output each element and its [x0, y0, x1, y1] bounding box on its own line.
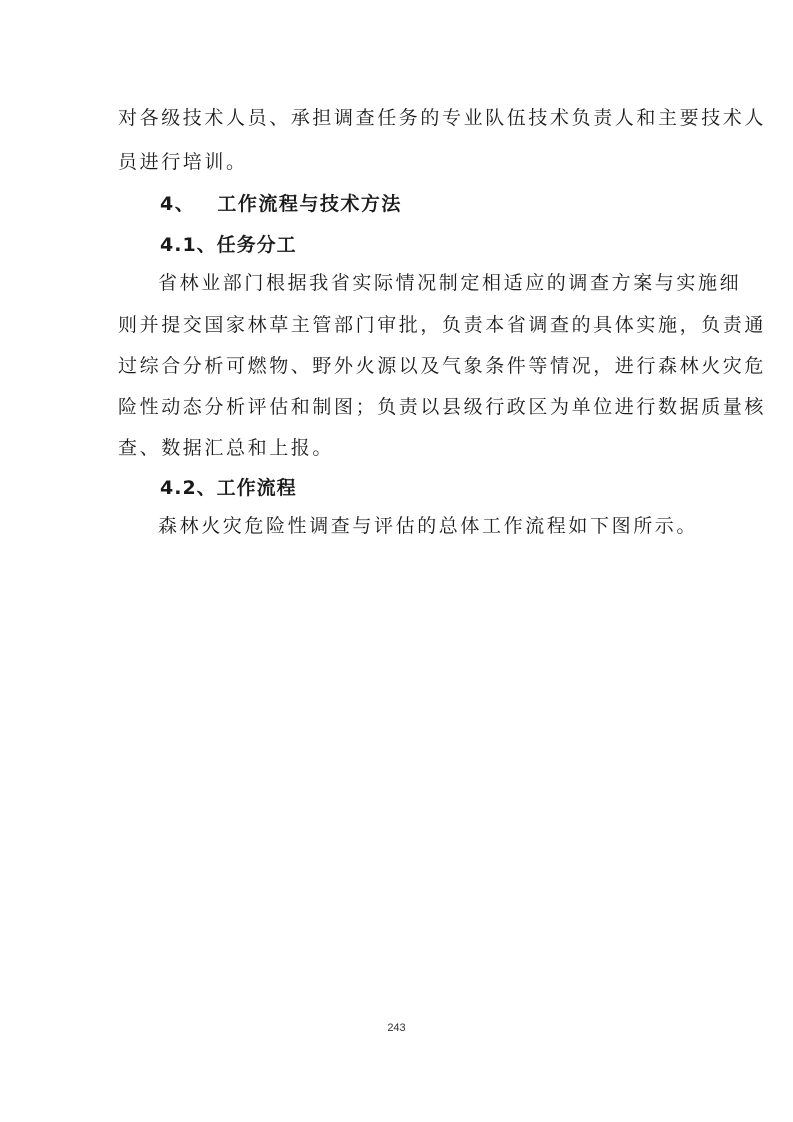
section-number: 4、: [160, 193, 195, 215]
paragraph-line: 对各级技术人员、承担调查任务的专业队伍技术负责人和主要技术人: [118, 106, 766, 130]
paragraph-line: 过综合分析可燃物、野外火源以及气象条件等情况，进行森林火灾危: [118, 354, 766, 378]
paragraph-line: 森林火灾危险性调查与评估的总体工作流程如下图所示。: [158, 514, 698, 538]
paragraph-line: 员进行培训。: [118, 150, 248, 174]
subsection-heading-4-2: 4.2、工作流程: [160, 476, 297, 500]
section-title: 工作流程与技术方法: [217, 193, 402, 215]
paragraph-line: 则并提交国家林草主管部门审批，负责本省调查的具体实施，负责通: [118, 313, 766, 337]
subsection-heading-4-1: 4.1、任务分工: [160, 233, 297, 257]
paragraph-line: 查、数据汇总和上报。: [118, 436, 334, 460]
section-heading: 4、 工作流程与技术方法: [160, 192, 402, 216]
paragraph-line: 省林业部门根据我省实际情况制定相适应的调查方案与实施细: [158, 271, 741, 295]
page-number: 243: [0, 1022, 793, 1034]
paragraph-line: 险性动态分析评估和制图；负责以县级行政区为单位进行数据质量核: [118, 395, 766, 419]
